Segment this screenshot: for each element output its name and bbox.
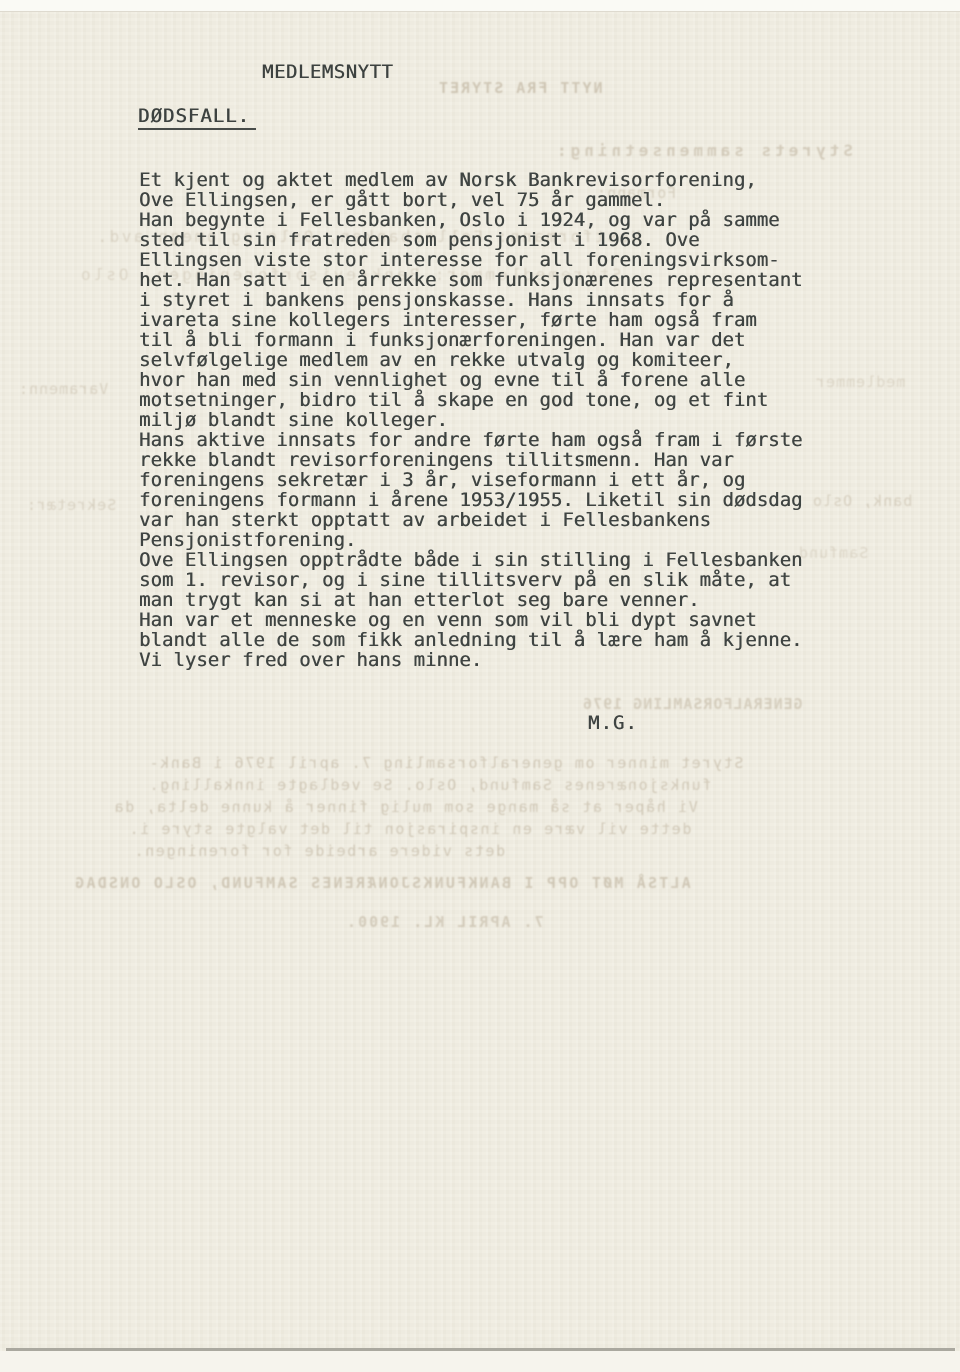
body-line: Ove Ellingsen, er gått bort, vel 75 år g… bbox=[139, 190, 879, 210]
body-line: rekke blandt revisorforeningens tillitsm… bbox=[139, 450, 879, 470]
bleedthrough-line: Sekretær: bbox=[26, 496, 116, 514]
section-heading: DØDSFALL. bbox=[138, 106, 256, 130]
bleedthrough-line: GENERALFORSAMLING 1976 bbox=[582, 695, 803, 713]
bleedthrough-line: funksjonærenes Samfund, Oslo. Se vedlagt… bbox=[148, 776, 711, 794]
body-line: miljø blandt sine kolleger. bbox=[139, 410, 879, 430]
body-line: sted til sin fratreden som pensjonist i … bbox=[139, 230, 879, 250]
body-line: motsetninger, bidro til å skape en god t… bbox=[139, 390, 879, 410]
scan-top-band bbox=[0, 0, 960, 12]
bleedthrough-line: NYTT FRA STYRET bbox=[437, 79, 602, 97]
bleedthrough-line: 7. APRIL KL. 1900. bbox=[345, 913, 544, 931]
body-line: man trygt kan si at han etterlot seg bar… bbox=[139, 590, 879, 610]
bleedthrough-line: Vi håper at så mange som mulig finner å … bbox=[113, 798, 698, 816]
bleedthrough-line: Styrets sammensetning: bbox=[553, 142, 853, 160]
bleedthrough-line: Styret minner om generalforsamling 7. ap… bbox=[148, 754, 743, 772]
bleedthrough-line: dets videre arbeide for foreningen. bbox=[133, 842, 505, 860]
body-line: Ellingsen viste stor interesse for all f… bbox=[139, 250, 879, 270]
bleedthrough-line: ALTSÅ MØT OPP I BANKFUNKSJONÆRENES SAMFU… bbox=[73, 874, 691, 892]
body-line: het. Han satt i en årrekke som funksjonæ… bbox=[139, 270, 879, 290]
newsletter-title: MEDLEMSNYTT bbox=[262, 62, 393, 82]
body-line: hvor han med sin vennlighet og evne til … bbox=[139, 370, 879, 390]
body-line: som 1. revisor, og i sine tillitsverv på… bbox=[139, 570, 879, 590]
obituary-body: Et kjent og aktet medlem av Norsk Bankre… bbox=[139, 170, 879, 670]
body-line: ivareta sine kollegers interesser, førte… bbox=[139, 310, 879, 330]
body-line: foreningens sekretær i 3 år, viseformann… bbox=[139, 470, 879, 490]
body-line: Et kjent og aktet medlem av Norsk Bankre… bbox=[139, 170, 879, 190]
body-line: Han var et menneske og en venn som vil b… bbox=[139, 610, 879, 630]
body-line: Pensjonistforening. bbox=[139, 530, 879, 550]
scan-edge-band bbox=[0, 1351, 960, 1372]
body-line: Vi lyser fred over hans minne. bbox=[139, 650, 879, 670]
body-line: selvfølgelige medlem av en rekke utvalg … bbox=[139, 350, 879, 370]
signature-initials: M.G. bbox=[588, 712, 638, 734]
body-line: Han begynte i Fellesbanken, Oslo i 1924,… bbox=[139, 210, 879, 230]
body-line: blandt alle de som fikk anledning til å … bbox=[139, 630, 879, 650]
bleedthrough-line: Varamenn: bbox=[18, 380, 108, 398]
body-line: i styret i bankens pensjonskasse. Hans i… bbox=[139, 290, 879, 310]
body-line: var han sterkt opptatt av arbeidet i Fel… bbox=[139, 510, 879, 530]
body-line: Hans aktive innsats for andre førte ham … bbox=[139, 430, 879, 450]
bleedthrough-line: dette vil være en inspirasjon til det va… bbox=[128, 820, 691, 838]
body-line: foreningens formann i årene 1953/1955. L… bbox=[139, 490, 879, 510]
body-line: Ove Ellingsen opptrådte både i sin still… bbox=[139, 550, 879, 570]
scanned-page: NYTT FRA STYRETStyrets sammensetning:For… bbox=[0, 0, 960, 1372]
body-line: til å bli formann i funksjonærforeningen… bbox=[139, 330, 879, 350]
